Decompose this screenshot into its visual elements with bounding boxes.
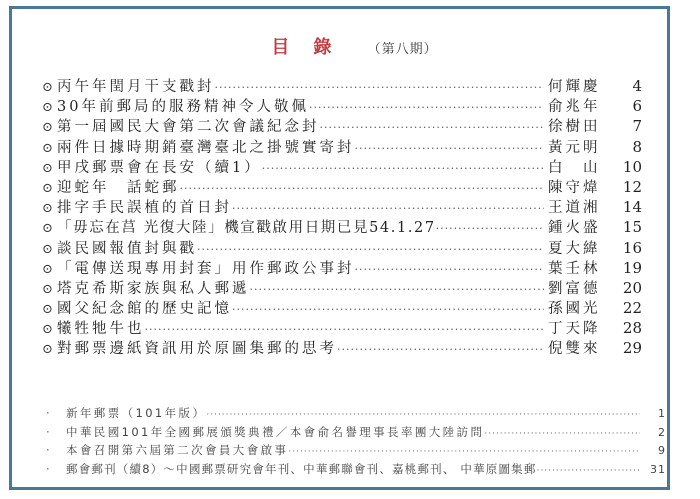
- circle-dot-bullet-icon: ⊙: [42, 139, 57, 159]
- table-of-contents-frame: 目錄 （第八期） ⊙ 丙午年閏月干支戳封 何輝慶 4 ⊙ 30年前郵局的服務精神…: [9, 6, 670, 490]
- article-author: 劉富德: [548, 279, 618, 299]
- issue-label: （第八期）: [368, 42, 438, 57]
- article-row[interactable]: ⊙ 丙午年閏月干支戳封 何輝慶 4: [42, 76, 642, 96]
- notice-row[interactable]: · 中華民國101年全國郵展頒獎典禮／本會俞名譽理事長率團大陸訪問 2: [46, 423, 666, 442]
- article-author: 夏大緯: [548, 239, 618, 259]
- article-author: 黃元明: [548, 138, 618, 158]
- article-title: 對郵票邊紙資訊用於原圖集郵的思考: [57, 339, 337, 359]
- circle-dot-bullet-icon: ⊙: [42, 280, 57, 300]
- article-row[interactable]: ⊙ 甲戌郵票會在長安（續1） 白 山 10: [42, 157, 642, 177]
- article-author: 孫國光: [548, 299, 618, 319]
- article-row[interactable]: ⊙ 兩件日據時期銷臺灣臺北之掛號實寄封 黃元明 8: [42, 137, 642, 157]
- article-author: 鍾火盛: [548, 218, 618, 238]
- article-page: 15: [618, 217, 642, 237]
- notice-row[interactable]: · 新年郵票（101年版） 1: [46, 404, 666, 423]
- article-title: 第一屆國民大會第二次會議紀念封: [57, 117, 320, 137]
- article-row[interactable]: ⊙ 國父紀念館的歷史記憶 孫國光 22: [42, 298, 642, 318]
- circle-dot-bullet-icon: ⊙: [42, 219, 57, 239]
- article-title: 30年前郵局的服務精神令人敬佩: [57, 97, 309, 117]
- dot-leader: [232, 300, 544, 320]
- article-author: 王道湘: [548, 198, 618, 218]
- circle-dot-bullet-icon: ⊙: [42, 300, 57, 320]
- bullet-dot-icon: ·: [46, 423, 66, 441]
- article-page: 22: [618, 298, 642, 318]
- article-page: 8: [618, 137, 642, 157]
- dot-leader: [250, 280, 545, 300]
- notice-title: 郵會郵刊（續8）～中國郵票研究會年刊、中華郵聯會刊、嘉桃郵刊、 中華原圖集郵: [66, 460, 537, 478]
- article-author: 倪雙來: [548, 339, 618, 359]
- article-page: 6: [618, 96, 642, 116]
- dot-leader: [262, 159, 544, 179]
- bullet-dot-icon: ·: [46, 441, 66, 459]
- notice-list: · 新年郵票（101年版） 1 · 中華民國101年全國郵展頒獎典禮／本會俞名譽…: [46, 404, 666, 479]
- notice-page: 2: [644, 424, 666, 442]
- article-page: 4: [618, 76, 642, 96]
- title-char-2: 錄: [313, 37, 355, 58]
- article-title: 談民國報值封與戳: [57, 239, 197, 259]
- circle-dot-bullet-icon: ⊙: [42, 240, 57, 260]
- dot-leader: [436, 219, 544, 239]
- dot-leader: [215, 78, 545, 98]
- title-char-1: 目: [271, 37, 313, 58]
- notice-page: 9: [644, 442, 666, 460]
- article-page: 14: [618, 197, 642, 217]
- article-author: 俞兆年: [548, 97, 618, 117]
- article-row[interactable]: ⊙ 迎蛇年 話蛇郵 陳守煒 12: [42, 177, 642, 197]
- circle-dot-bullet-icon: ⊙: [42, 260, 57, 280]
- article-page: 12: [618, 177, 642, 197]
- circle-dot-bullet-icon: ⊙: [42, 340, 57, 360]
- bullet-dot-icon: ·: [46, 460, 66, 478]
- dot-leader: [355, 139, 545, 159]
- notice-page: 31: [644, 461, 666, 479]
- dot-leader: [288, 443, 640, 461]
- dot-leader: [320, 118, 545, 138]
- article-page: 29: [618, 338, 642, 358]
- article-title: 「電傳送現專用封套」用作郵政公事封: [57, 259, 355, 279]
- article-author: 丁天降: [548, 319, 618, 339]
- article-row[interactable]: ⊙ 30年前郵局的服務精神令人敬佩 俞兆年 6: [42, 96, 642, 116]
- dot-leader: [355, 260, 545, 280]
- circle-dot-bullet-icon: ⊙: [42, 179, 57, 199]
- bullet-dot-icon: ·: [46, 404, 66, 422]
- article-title: 塔克希斯家族與私人郵遞: [57, 279, 250, 299]
- article-author: 陳守煒: [548, 178, 618, 198]
- circle-dot-bullet-icon: ⊙: [42, 78, 57, 98]
- notice-title: 中華民國101年全國郵展頒獎典禮／本會俞名譽理事長率團大陸訪問: [66, 423, 484, 441]
- article-title: 兩件日據時期銷臺灣臺北之掛號實寄封: [57, 138, 355, 158]
- article-title: 排字手民誤植的首日封: [57, 198, 232, 218]
- article-page: 7: [618, 116, 642, 136]
- article-author: 何輝慶: [548, 77, 618, 97]
- dot-leader: [309, 98, 544, 118]
- dot-leader: [537, 462, 640, 480]
- dot-leader: [232, 199, 544, 219]
- article-title: 迎蛇年 話蛇郵: [57, 178, 180, 198]
- article-title: 國父紀念館的歷史記憶: [57, 299, 232, 319]
- article-row[interactable]: ⊙ 「毋忘在莒 光復大陸」機宣戳啟用日期已見54.1.27 鍾火盛 15: [42, 217, 642, 237]
- article-row[interactable]: ⊙ 排字手民誤植的首日封 王道湘 14: [42, 197, 642, 217]
- dot-leader: [180, 179, 545, 199]
- circle-dot-bullet-icon: ⊙: [42, 320, 57, 340]
- dot-leader: [206, 406, 640, 424]
- article-row[interactable]: ⊙ 談民國報值封與戳 夏大緯 16: [42, 238, 642, 258]
- article-page: 28: [618, 318, 642, 338]
- notice-row[interactable]: · 本會召開第六屆第二次會員大會啟事 9: [46, 441, 666, 460]
- notice-page: 1: [644, 405, 666, 423]
- dot-leader: [484, 425, 640, 443]
- article-title: 「毋忘在莒 光復大陸」機宣戳啟用日期已見54.1.27: [57, 218, 436, 238]
- article-author: 白 山: [548, 158, 618, 178]
- circle-dot-bullet-icon: ⊙: [42, 118, 57, 138]
- article-row[interactable]: ⊙ 犧牲牠牛也 丁天降 28: [42, 318, 642, 338]
- dot-leader: [197, 240, 544, 260]
- article-title: 丙午年閏月干支戳封: [57, 77, 215, 97]
- article-row[interactable]: ⊙ 塔克希斯家族與私人郵遞 劉富德 20: [42, 278, 642, 298]
- article-page: 19: [618, 258, 642, 278]
- dot-leader: [337, 340, 544, 360]
- article-row[interactable]: ⊙ 第一屆國民大會第二次會議紀念封 徐樹田 7: [42, 116, 642, 136]
- notice-title: 新年郵票（101年版）: [66, 404, 206, 422]
- notice-title: 本會召開第六屆第二次會員大會啟事: [66, 441, 288, 459]
- circle-dot-bullet-icon: ⊙: [42, 98, 57, 118]
- dot-leader: [145, 320, 545, 340]
- circle-dot-bullet-icon: ⊙: [42, 159, 57, 179]
- article-list: ⊙ 丙午年閏月干支戳封 何輝慶 4 ⊙ 30年前郵局的服務精神令人敬佩 俞兆年 …: [42, 76, 642, 359]
- notice-row[interactable]: · 郵會郵刊（續8）～中國郵票研究會年刊、中華郵聯會刊、嘉桃郵刊、 中華原圖集郵…: [46, 460, 666, 479]
- article-title: 犧牲牠牛也: [57, 319, 145, 339]
- article-page: 16: [618, 238, 642, 258]
- article-page: 20: [618, 278, 642, 298]
- article-author: 徐樹田: [548, 117, 618, 137]
- article-row[interactable]: ⊙ 「電傳送現專用封套」用作郵政公事封 葉壬林 19: [42, 258, 642, 278]
- article-author: 葉壬林: [548, 259, 618, 279]
- article-page: 10: [618, 157, 642, 177]
- article-row[interactable]: ⊙ 對郵票邊紙資訊用於原圖集郵的思考 倪雙來 29: [42, 338, 642, 358]
- circle-dot-bullet-icon: ⊙: [42, 199, 57, 219]
- page-title: 目錄 （第八期）: [12, 36, 667, 62]
- article-title: 甲戌郵票會在長安（續1）: [57, 158, 262, 178]
